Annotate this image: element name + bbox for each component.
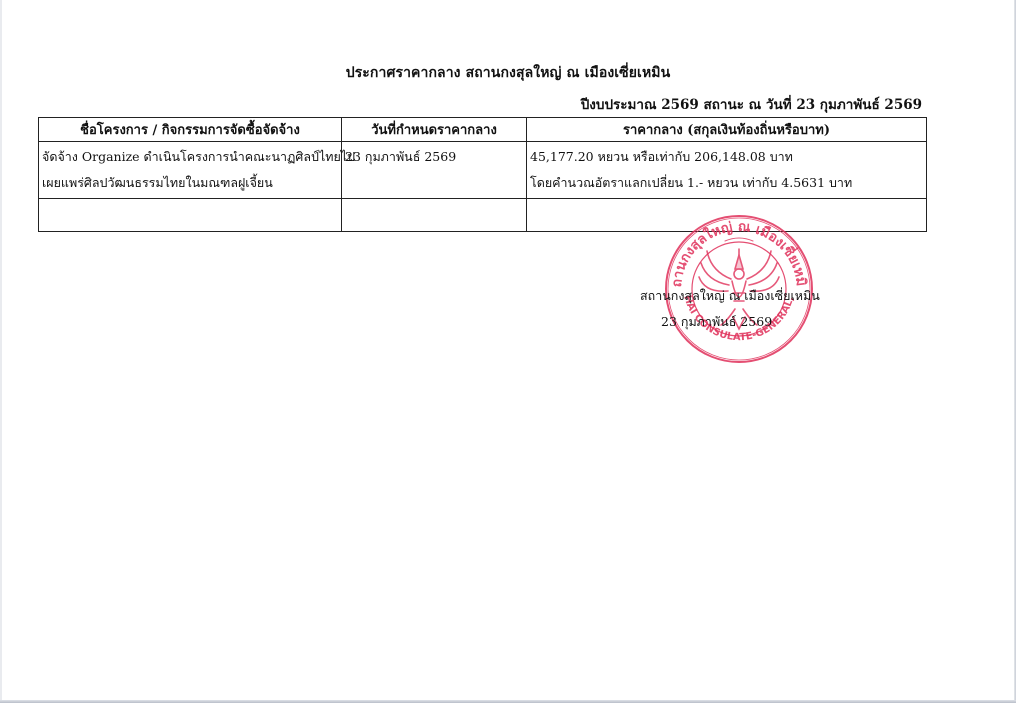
cell-project — [39, 199, 342, 232]
cell-date: 23 กุมภาพันธ์ 2569 — [342, 142, 527, 199]
header-project: ชื่อโครงการ / กิจกรรมการจัดซื้อจัดจ้าง — [39, 118, 342, 142]
cell-price — [527, 199, 927, 232]
price-line: โดยคำนวณอัตราแลกเปลี่ยน 1.- หยวน เท่ากับ… — [530, 170, 923, 196]
header-price: ราคากลาง (สกุลเงินท้องถิ่นหรือบาท) — [527, 118, 927, 142]
price-date: 23 กุมภาพันธ์ 2569 — [345, 144, 523, 170]
cell-date — [342, 199, 527, 232]
page-edge-left — [0, 0, 2, 703]
cell-project: จัดจ้าง Organize ดำเนินโครงการนำคณะนาฏศิ… — [39, 142, 342, 199]
reference-price-table: ชื่อโครงการ / กิจกรรมการจัดซื้อจัดจ้าง ว… — [38, 117, 927, 232]
header-date: วันที่กำหนดราคากลาง — [342, 118, 527, 142]
price-line: 45,177.20 หยวน หรือเท่ากับ 206,148.08 บา… — [530, 144, 923, 170]
cell-price: 45,177.20 หยวน หรือเท่ากับ 206,148.08 บา… — [527, 142, 927, 199]
document-subtitle: ปีงบประมาณ 2569 สถานะ ณ วันที่ 23 กุมภาพ… — [581, 93, 922, 115]
signature-block: สถานกงสุลใหญ่ ณ เมืองเซี่ยเหมิน 23 กุมภา… — [640, 283, 840, 335]
project-line: เผยแพร่ศิลปวัฒนธรรมไทยในมณฑลฝูเจี้ยน — [42, 170, 338, 196]
table-row-empty — [39, 199, 927, 232]
table-header-row: ชื่อโครงการ / กิจกรรมการจัดซื้อจัดจ้าง ว… — [39, 118, 927, 142]
signature-date: 23 กุมภาพันธ์ 2569 — [640, 309, 840, 335]
project-line: จัดจ้าง Organize ดำเนินโครงการนำคณะนาฏศิ… — [42, 144, 338, 170]
signature-office: สถานกงสุลใหญ่ ณ เมืองเซี่ยเหมิน — [640, 283, 840, 309]
document-title: ประกาศราคากลาง สถานกงสุลใหญ่ ณ เมืองเซี่… — [0, 62, 1016, 84]
table-row: จัดจ้าง Organize ดำเนินโครงการนำคณะนาฏศิ… — [39, 142, 927, 199]
